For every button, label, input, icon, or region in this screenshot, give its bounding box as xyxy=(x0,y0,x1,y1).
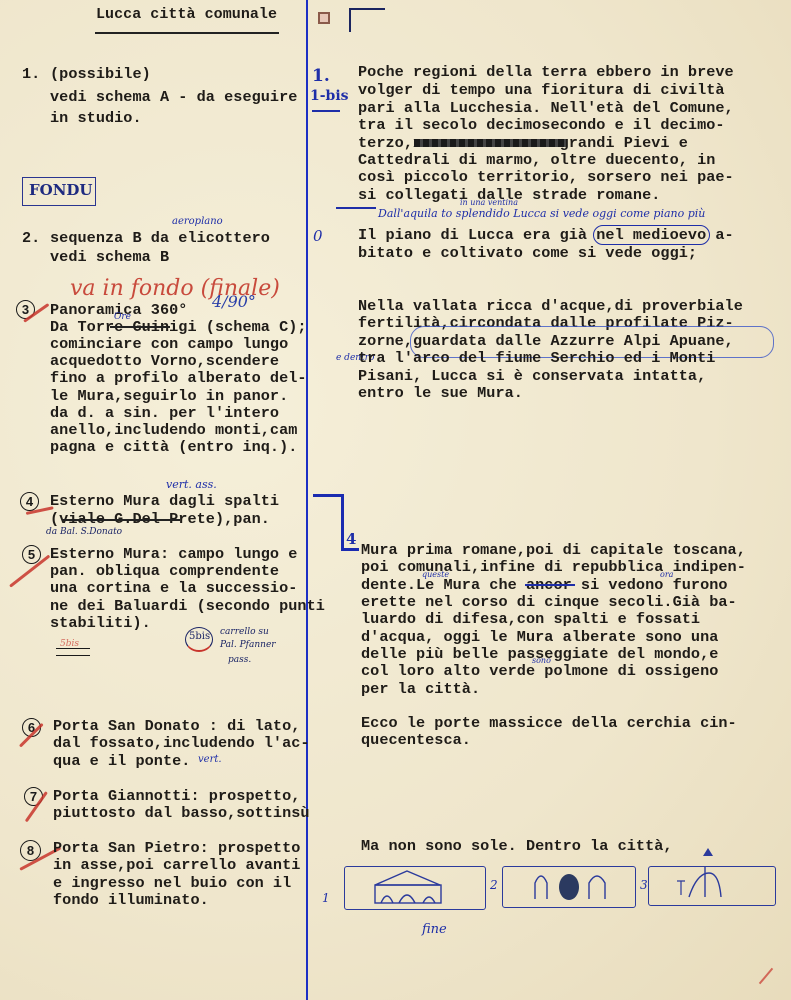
margin-label-1bis: 1-bis xyxy=(310,88,349,104)
para-4-line-5: luardo di difesa,con spalti e fossati xyxy=(361,611,700,628)
item-3-line-7: da d. a sin. per l'intero xyxy=(50,405,279,422)
fondu-box: FONDU xyxy=(22,177,96,206)
sketch-caption-fine: fine xyxy=(422,922,447,937)
note-5bis-line-3: pass. xyxy=(228,655,251,665)
para-1-line-2: volger di tempo una fioritura di civiltà xyxy=(358,82,725,99)
para-1-line-6: Cattedrali di marmo, oltre duecento, in xyxy=(358,152,715,169)
item-8-line-4: fondo illuminato. xyxy=(53,892,209,909)
column-divider-line xyxy=(306,0,308,1000)
item-5-line-5: stabiliti). xyxy=(50,615,151,632)
note-5bis-line-1: carrello su xyxy=(220,627,269,637)
sketch-3-tower-icon xyxy=(649,867,775,905)
para-2-annotation-small: in una ventina xyxy=(460,198,518,207)
item-4-line-1: Esterno Mura dagli spalti xyxy=(50,493,279,510)
insertion-arrow-icon xyxy=(336,207,376,209)
sketch-1-frame xyxy=(344,866,486,910)
para-1-line-3: pari alla Lucchesia. Nell'età del Comune… xyxy=(358,100,734,117)
item-3-line-5: fino a profilo alberato del- xyxy=(50,370,307,387)
item-2-line-2: vedi schema B xyxy=(50,249,169,266)
para-3-line-5: Pisani, Lucca si è conservata intatta, xyxy=(358,368,706,385)
item-1-number: 1. xyxy=(22,66,40,83)
item-5-line-2: pan. obliqua comprendente xyxy=(50,563,279,580)
para-3-line-1: Nella vallata ricca d'acque,di proverbia… xyxy=(358,298,743,315)
item-6-line-2: dal fossato,includendo l'ac- xyxy=(53,735,310,752)
sketch-3-frame xyxy=(648,866,776,906)
item-4-annotation-below: da Bal. S.Donato xyxy=(46,527,122,537)
item-8-line-2: in asse,poi carrello avanti xyxy=(53,857,300,874)
margin-label-4: 4 xyxy=(346,530,356,548)
sketch-2-number: 2 xyxy=(490,878,498,892)
para-4-line-8: col loro alto verde polmone di ossigeno xyxy=(361,663,718,680)
para-2-line-2: bitato e coltivato come si vede oggi; xyxy=(358,245,697,262)
item-4-annotation-vert-ass: vert. ass. xyxy=(166,478,217,491)
item-4-strikethrough xyxy=(62,519,180,521)
item-5-line-1: Esterno Mura: campo lungo e xyxy=(50,546,297,563)
item-6-line-3: qua e il ponte. xyxy=(53,753,190,770)
para-1-line-1: Poche regioni della terra ebbero in brev… xyxy=(358,64,734,81)
corner-square-icon xyxy=(318,12,330,24)
para-5-line-1: Ecco le porte massicce della cerchia cin… xyxy=(361,715,737,732)
para-1-line-7: così piccolo territorio, sorsero nei pae… xyxy=(358,169,734,186)
title-underline xyxy=(95,32,279,34)
para-3-line-4: tra l'arco del fiume Serchio ed i Monti xyxy=(358,350,715,367)
para-1-line-4: tra il secolo decimosecondo e il decimo- xyxy=(358,117,725,134)
stray-red-mark xyxy=(759,968,773,985)
item-2-number: 2. xyxy=(22,230,40,247)
item-3-line-4: acquedotto Vorno,scendere xyxy=(50,353,279,370)
item-8-line-1: Porta San Pietro: prospetto xyxy=(53,840,300,857)
item-3-line-3: cominciare con campo lungo xyxy=(50,336,288,353)
item-3-line-9: pagna e città (entro inq.). xyxy=(50,439,297,456)
item-1-line-2: vedi schema A - da eseguire xyxy=(50,89,297,106)
note-5bis-circle: 5bis xyxy=(185,627,213,652)
item-3-line-6: le Mura,seguirlo in panor. xyxy=(50,388,288,405)
item-2-line-1: sequenza B da elicottero xyxy=(50,230,270,247)
sketch-2-figure-icon xyxy=(503,867,635,907)
item-3-strikethrough xyxy=(110,326,170,328)
margin-label-1: 1. xyxy=(312,66,330,86)
item-6-annotation-vert: vert. xyxy=(198,754,222,765)
para-4-line-1: Mura prima romane,poi di capitale toscan… xyxy=(361,542,746,559)
para-4-bracket-bottom xyxy=(341,548,359,551)
item-5-line-4: ne dei Baluardi (secondo punti xyxy=(50,598,325,615)
sketch-3-number: 3 xyxy=(640,878,648,892)
margin-label-underline xyxy=(312,110,340,112)
item-4-circled-number: 4 xyxy=(20,492,39,511)
sketch-1-number: 1 xyxy=(322,891,330,905)
para-5-line-2: quecentesca. xyxy=(361,732,471,749)
note-5bis-label: 5bis xyxy=(189,631,210,642)
para-4-line-2: poi comunali,infine di repubblica indipe… xyxy=(361,559,746,576)
page-title: Lucca città comunale xyxy=(96,6,277,23)
item-3-line-8: anello,includendo monti,cam xyxy=(50,422,297,439)
item-6-line-1: Porta San Donato : di lato, xyxy=(53,718,300,735)
corner-bracket-mark xyxy=(349,8,385,32)
item-1-line-3: in studio. xyxy=(50,110,142,127)
para-4-strikethrough-ancor xyxy=(525,584,575,586)
para-6-line-1: Ma non sono sole. Dentro la città, xyxy=(361,838,673,855)
para-4-line-3: dente.Le Mura che ancor si vedono furono xyxy=(361,577,728,594)
red-arrow-mark-icon: 5bis xyxy=(56,648,90,656)
para-4-line-4: erette nel corso di cinque secoli.Già ba… xyxy=(361,594,737,611)
item-8-line-3: e ingresso nel buio con il xyxy=(53,875,291,892)
para-4-line-6: d'acqua, oggi le Mura alberate sono una xyxy=(361,629,718,646)
sketch-3-up-arrow-icon xyxy=(703,848,713,856)
item-3-blue-annotation: 4/90° xyxy=(212,292,256,311)
sketch-2-frame xyxy=(502,866,636,908)
para-1-typed-out-strike xyxy=(414,139,566,147)
para-4-annotation-inline: ora xyxy=(660,570,673,579)
para-4-line-9: per la città. xyxy=(361,681,480,698)
sketch-1-building-icon xyxy=(345,867,485,909)
para-3-line-6: entro le sue Mura. xyxy=(358,385,523,402)
para-2-circled-phrase xyxy=(593,225,710,245)
item-7-line-1: Porta Giannotti: prospetto, xyxy=(53,788,300,805)
margin-label-0: 0 xyxy=(313,227,323,245)
item-2-annotation-aeroplano: aeroplano xyxy=(172,216,223,227)
para-4-bracket-vertical xyxy=(341,494,344,550)
para-4-bracket-top xyxy=(313,494,343,497)
item-1-line-1: (possibile) xyxy=(50,66,151,83)
para-2-annotation-above: Dall'aquila to splendido Lucca si vede o… xyxy=(378,207,705,220)
item-3-line-2: Da Torre Guinigi (schema C); xyxy=(50,319,307,336)
fondu-label: FONDU xyxy=(29,181,93,199)
item-7-line-2: piuttosto dal basso,sottinsù xyxy=(53,805,310,822)
note-5bis-line-2: Pal. Pfanner xyxy=(220,640,276,650)
item-5-line-3: una cortina e la successio- xyxy=(50,580,297,597)
red-mark-label: 5bis xyxy=(60,639,79,649)
